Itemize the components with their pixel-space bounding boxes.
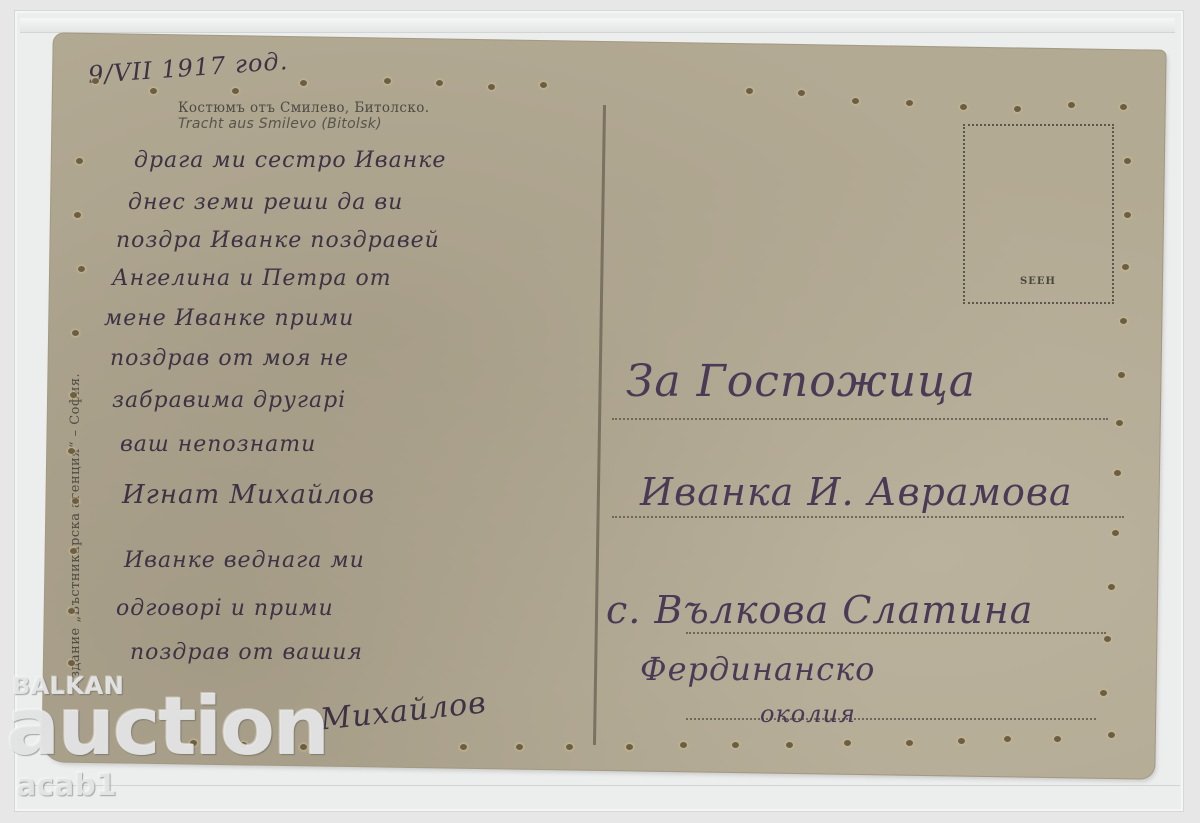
- message-line: поздрав от вашия: [130, 640, 363, 665]
- message-line: Ангелина и Петра от: [112, 266, 392, 291]
- message-line: поздра Иванке поздравей: [116, 228, 440, 253]
- printed-caption-german: Tracht aus Smilevo (Bitolsk): [178, 116, 382, 132]
- address-line-4: [686, 718, 1096, 720]
- stamp-box-label: SEEH: [1020, 276, 1056, 287]
- printed-caption-cyrillic: Костюмъ отъ Смилево, Битолско.: [178, 100, 429, 116]
- address-line-1: [612, 418, 1108, 420]
- message-line: днес земи реши да ви: [128, 190, 403, 215]
- address-district: Фердинанско: [640, 650, 875, 688]
- publisher-imprint: Издание „Въстникарска агенция“ – София.: [68, 373, 83, 690]
- message-line: драга ми сестро Иванке: [134, 148, 446, 173]
- watermark-seller: acab1: [16, 768, 117, 803]
- address-line-3: [686, 632, 1106, 634]
- message-line: одговорі и прими: [116, 596, 334, 621]
- address-county: околия: [760, 700, 856, 728]
- message-line: Иванке веднага ми: [124, 548, 365, 573]
- address-village: с. Вълкова Слатина: [606, 588, 1033, 632]
- address-recipient-title: За Госпожица: [626, 356, 976, 407]
- message-line: поздрав от моя не: [110, 346, 349, 371]
- address-line-2: [612, 516, 1124, 518]
- sleeve-top-edge: [20, 18, 1175, 33]
- sleeve-bottom-edge: [30, 785, 1180, 796]
- message-line: мене Иванке прими: [104, 306, 354, 331]
- address-recipient-name: Иванка И. Аврамова: [640, 470, 1073, 514]
- message-line: забравима другарі: [112, 388, 346, 413]
- message-line: ваш непознати: [120, 432, 316, 457]
- watermark-brand-large: auction: [6, 680, 328, 773]
- message-line: Игнат Михайлов: [122, 480, 375, 510]
